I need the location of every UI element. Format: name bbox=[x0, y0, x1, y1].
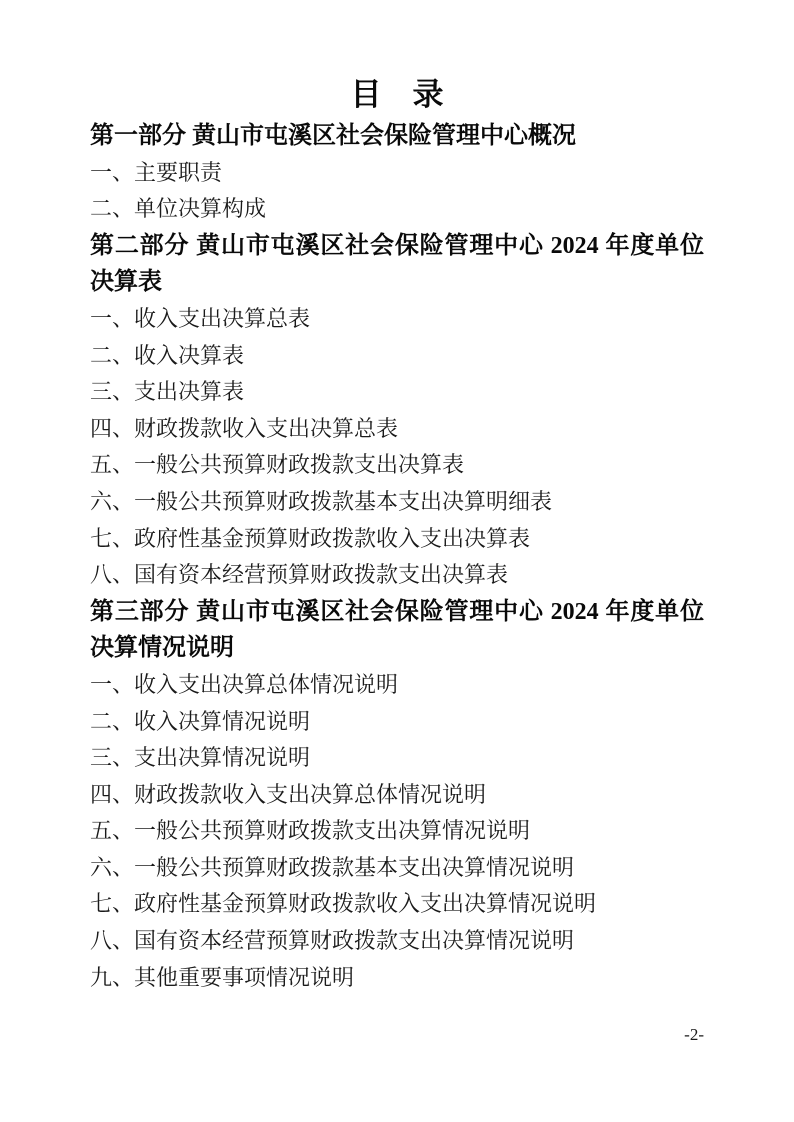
toc-item: 五、一般公共预算财政拨款支出决算情况说明 bbox=[90, 813, 704, 850]
toc-item: 一、收入支出决算总表 bbox=[90, 301, 704, 338]
page-number: -2- bbox=[684, 1024, 704, 1046]
toc-item: 八、国有资本经营预算财政拨款支出决算表 bbox=[90, 557, 704, 594]
toc-item: 七、政府性基金预算财政拨款收入支出决算表 bbox=[90, 521, 704, 558]
toc-item: 二、收入决算情况说明 bbox=[90, 704, 704, 741]
document-page: 目 录 第一部分 黄山市屯溪区社会保险管理中心概况 一、主要职责 二、单位决算构… bbox=[0, 0, 794, 1122]
toc-item: 六、一般公共预算财政拨款基本支出决算明细表 bbox=[90, 484, 704, 521]
toc-item: 四、财政拨款收入支出决算总表 bbox=[90, 411, 704, 448]
section-heading-part3: 第三部分 黄山市屯溪区社会保险管理中心 2024 年度单位决算情况说明 bbox=[90, 594, 704, 667]
toc-item: 五、一般公共预算财政拨款支出决算表 bbox=[90, 447, 704, 484]
section-heading-part2: 第二部分 黄山市屯溪区社会保险管理中心 2024 年度单位决算表 bbox=[90, 228, 704, 301]
toc-item: 一、收入支出决算总体情况说明 bbox=[90, 667, 704, 704]
toc-item: 四、财政拨款收入支出决算总体情况说明 bbox=[90, 777, 704, 814]
toc-item: 一、主要职责 bbox=[90, 155, 704, 192]
toc-item: 二、单位决算构成 bbox=[90, 191, 704, 228]
toc-item: 三、支出决算表 bbox=[90, 374, 704, 411]
toc-item: 六、一般公共预算财政拨款基本支出决算情况说明 bbox=[90, 850, 704, 887]
page-title: 目 录 bbox=[90, 72, 704, 118]
toc-item: 九、其他重要事项情况说明 bbox=[90, 960, 704, 997]
toc-item: 八、国有资本经营预算财政拨款支出决算情况说明 bbox=[90, 923, 704, 960]
toc-item: 二、收入决算表 bbox=[90, 338, 704, 375]
toc-item: 七、政府性基金预算财政拨款收入支出决算情况说明 bbox=[90, 886, 704, 923]
section-heading-part1: 第一部分 黄山市屯溪区社会保险管理中心概况 bbox=[90, 118, 704, 155]
toc-content: 目 录 第一部分 黄山市屯溪区社会保险管理中心概况 一、主要职责 二、单位决算构… bbox=[90, 72, 704, 996]
toc-item: 三、支出决算情况说明 bbox=[90, 740, 704, 777]
